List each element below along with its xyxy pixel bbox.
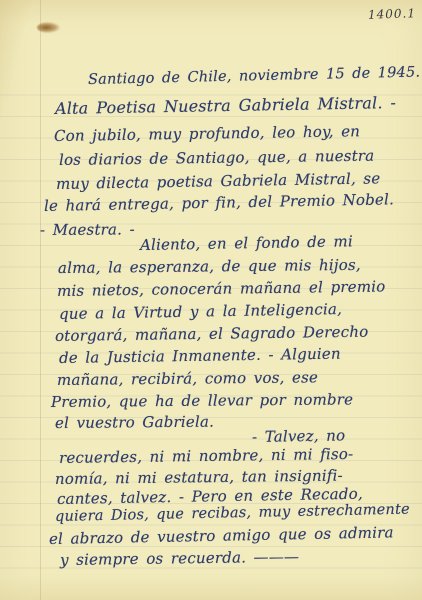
letter-line: otorgará, mañana, el Sagrado Derecho	[55, 323, 369, 345]
salutation: Alta Poetisa Nuestra Gabriela Mistral. -	[55, 93, 396, 118]
catalog-number: 1400.1	[368, 6, 416, 22]
letter-page: 1400.1 Santiago de Chile, noviembre 15 d…	[0, 0, 422, 600]
letter-line: - Maestra. -	[40, 220, 135, 239]
letter-line: Premio, que ha de llevar por nombre	[51, 390, 353, 411]
letter-line: y siempre os recuerda. ———	[60, 548, 299, 569]
dateline: Santiago de Chile, noviembre 15 de 1945.	[88, 64, 421, 88]
ink-stain	[37, 22, 60, 33]
letter-line: Con jubilo, muy profundo, leo hoy, en	[54, 122, 360, 145]
letter-line: le hará entrega, por fin, del Premio Nob…	[44, 190, 394, 215]
letter-line: alma, la esperanza, de que mis hijos,	[58, 256, 361, 277]
letter-line: mañana, recibirá, como vos, ese	[57, 368, 318, 389]
letter-line: recuerdes, ni mi nombre, ni mi fiso-	[59, 445, 354, 467]
letter-line: de la Justicia Inmanente. - Alguien	[59, 345, 341, 367]
letter-line: Aliento, en el fondo de mi	[140, 232, 353, 254]
letter-line: muy dilecta poetisa Gabriela Mistral, se	[56, 169, 381, 193]
letter-line: los diarios de Santiago, que, a nuestra	[59, 147, 375, 169]
letter-line: mis nietos, conocerán mañana el premio	[57, 277, 386, 300]
letter-line: el vuestro Gabriela.	[55, 413, 214, 432]
margin-crease	[40, 0, 41, 600]
letter-line: - Talvez, no	[252, 426, 346, 446]
letter-line: que a la Virtud y a la Inteligencia,	[59, 300, 342, 323]
letter-line: el abrazo de vuestro amigo que os admira	[49, 523, 394, 548]
